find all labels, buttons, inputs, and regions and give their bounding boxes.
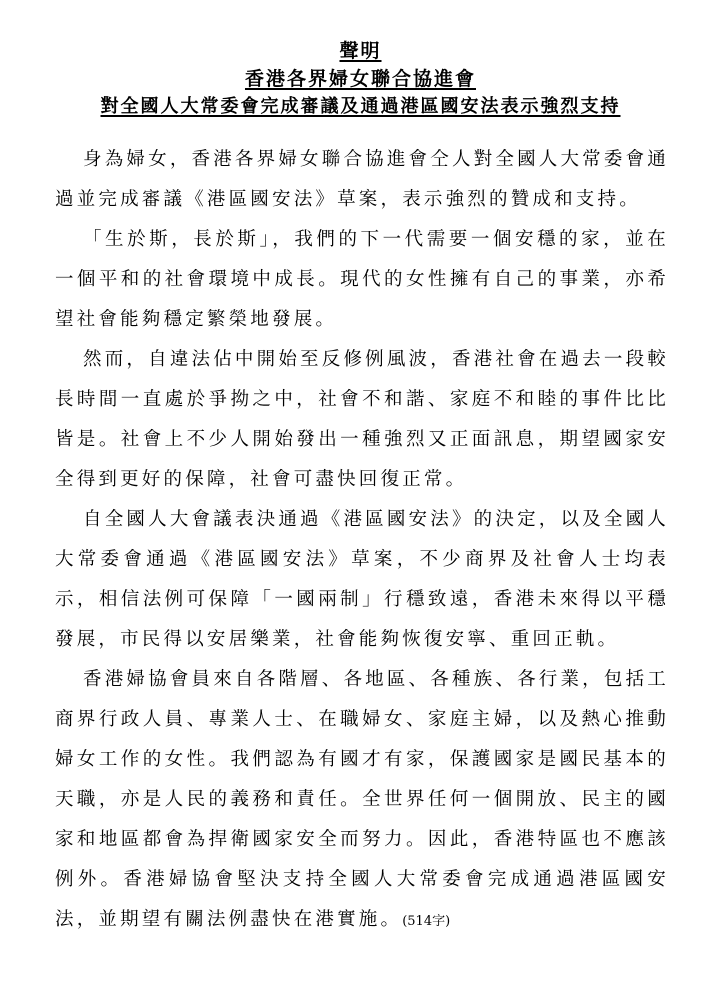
organization-name-text: 香港各界婦女聯合協進會: [245, 68, 476, 90]
document-page: 聲明 香港各界婦女聯合協進會 對全國人大常委會完成審議及通過港區國安法表示強烈支…: [0, 0, 721, 981]
statement-subtitle-text: 對全國人大常委會完成審議及通過港區國安法表示強烈支持: [101, 96, 621, 117]
paragraph-2: 「生於斯，長於斯」，我們的下一代需要一個安穩的家，並在一個平和的社會環境中成長。…: [55, 220, 669, 340]
paragraph-5-text: 香港婦協會員來自各階層、各地區、各種族、各行業，包括工商界行政人員、專業人士、在…: [55, 669, 669, 930]
paragraph-1: 身為婦女，香港各界婦女聯合協進會仝人對全國人大常委會通過並完成審議《港區國安法》…: [55, 140, 669, 220]
paragraph-3: 然而，自違法佔中開始至反修例風波，香港社會在過去一段較長時間一直處於爭拗之中，社…: [55, 340, 669, 500]
statement-title-text: 聲明: [339, 40, 381, 62]
statement-title: 聲明: [0, 38, 721, 64]
organization-name: 香港各界婦女聯合協進會: [0, 66, 721, 92]
statement-subtitle: 對全國人大常委會完成審議及通過港區國安法表示強烈支持: [0, 94, 721, 120]
paragraph-5: 香港婦協會員來自各階層、各地區、各種族、各行業，包括工商界行政人員、專業人士、在…: [55, 660, 669, 942]
statement-body: 身為婦女，香港各界婦女聯合協進會仝人對全國人大常委會通過並完成審議《港區國安法》…: [55, 140, 669, 942]
paragraph-4: 自全國人大會議表決通過《港區國安法》的決定，以及全國人大常委會通過《港區國安法》…: [55, 500, 669, 660]
word-count: (514字): [402, 914, 450, 929]
